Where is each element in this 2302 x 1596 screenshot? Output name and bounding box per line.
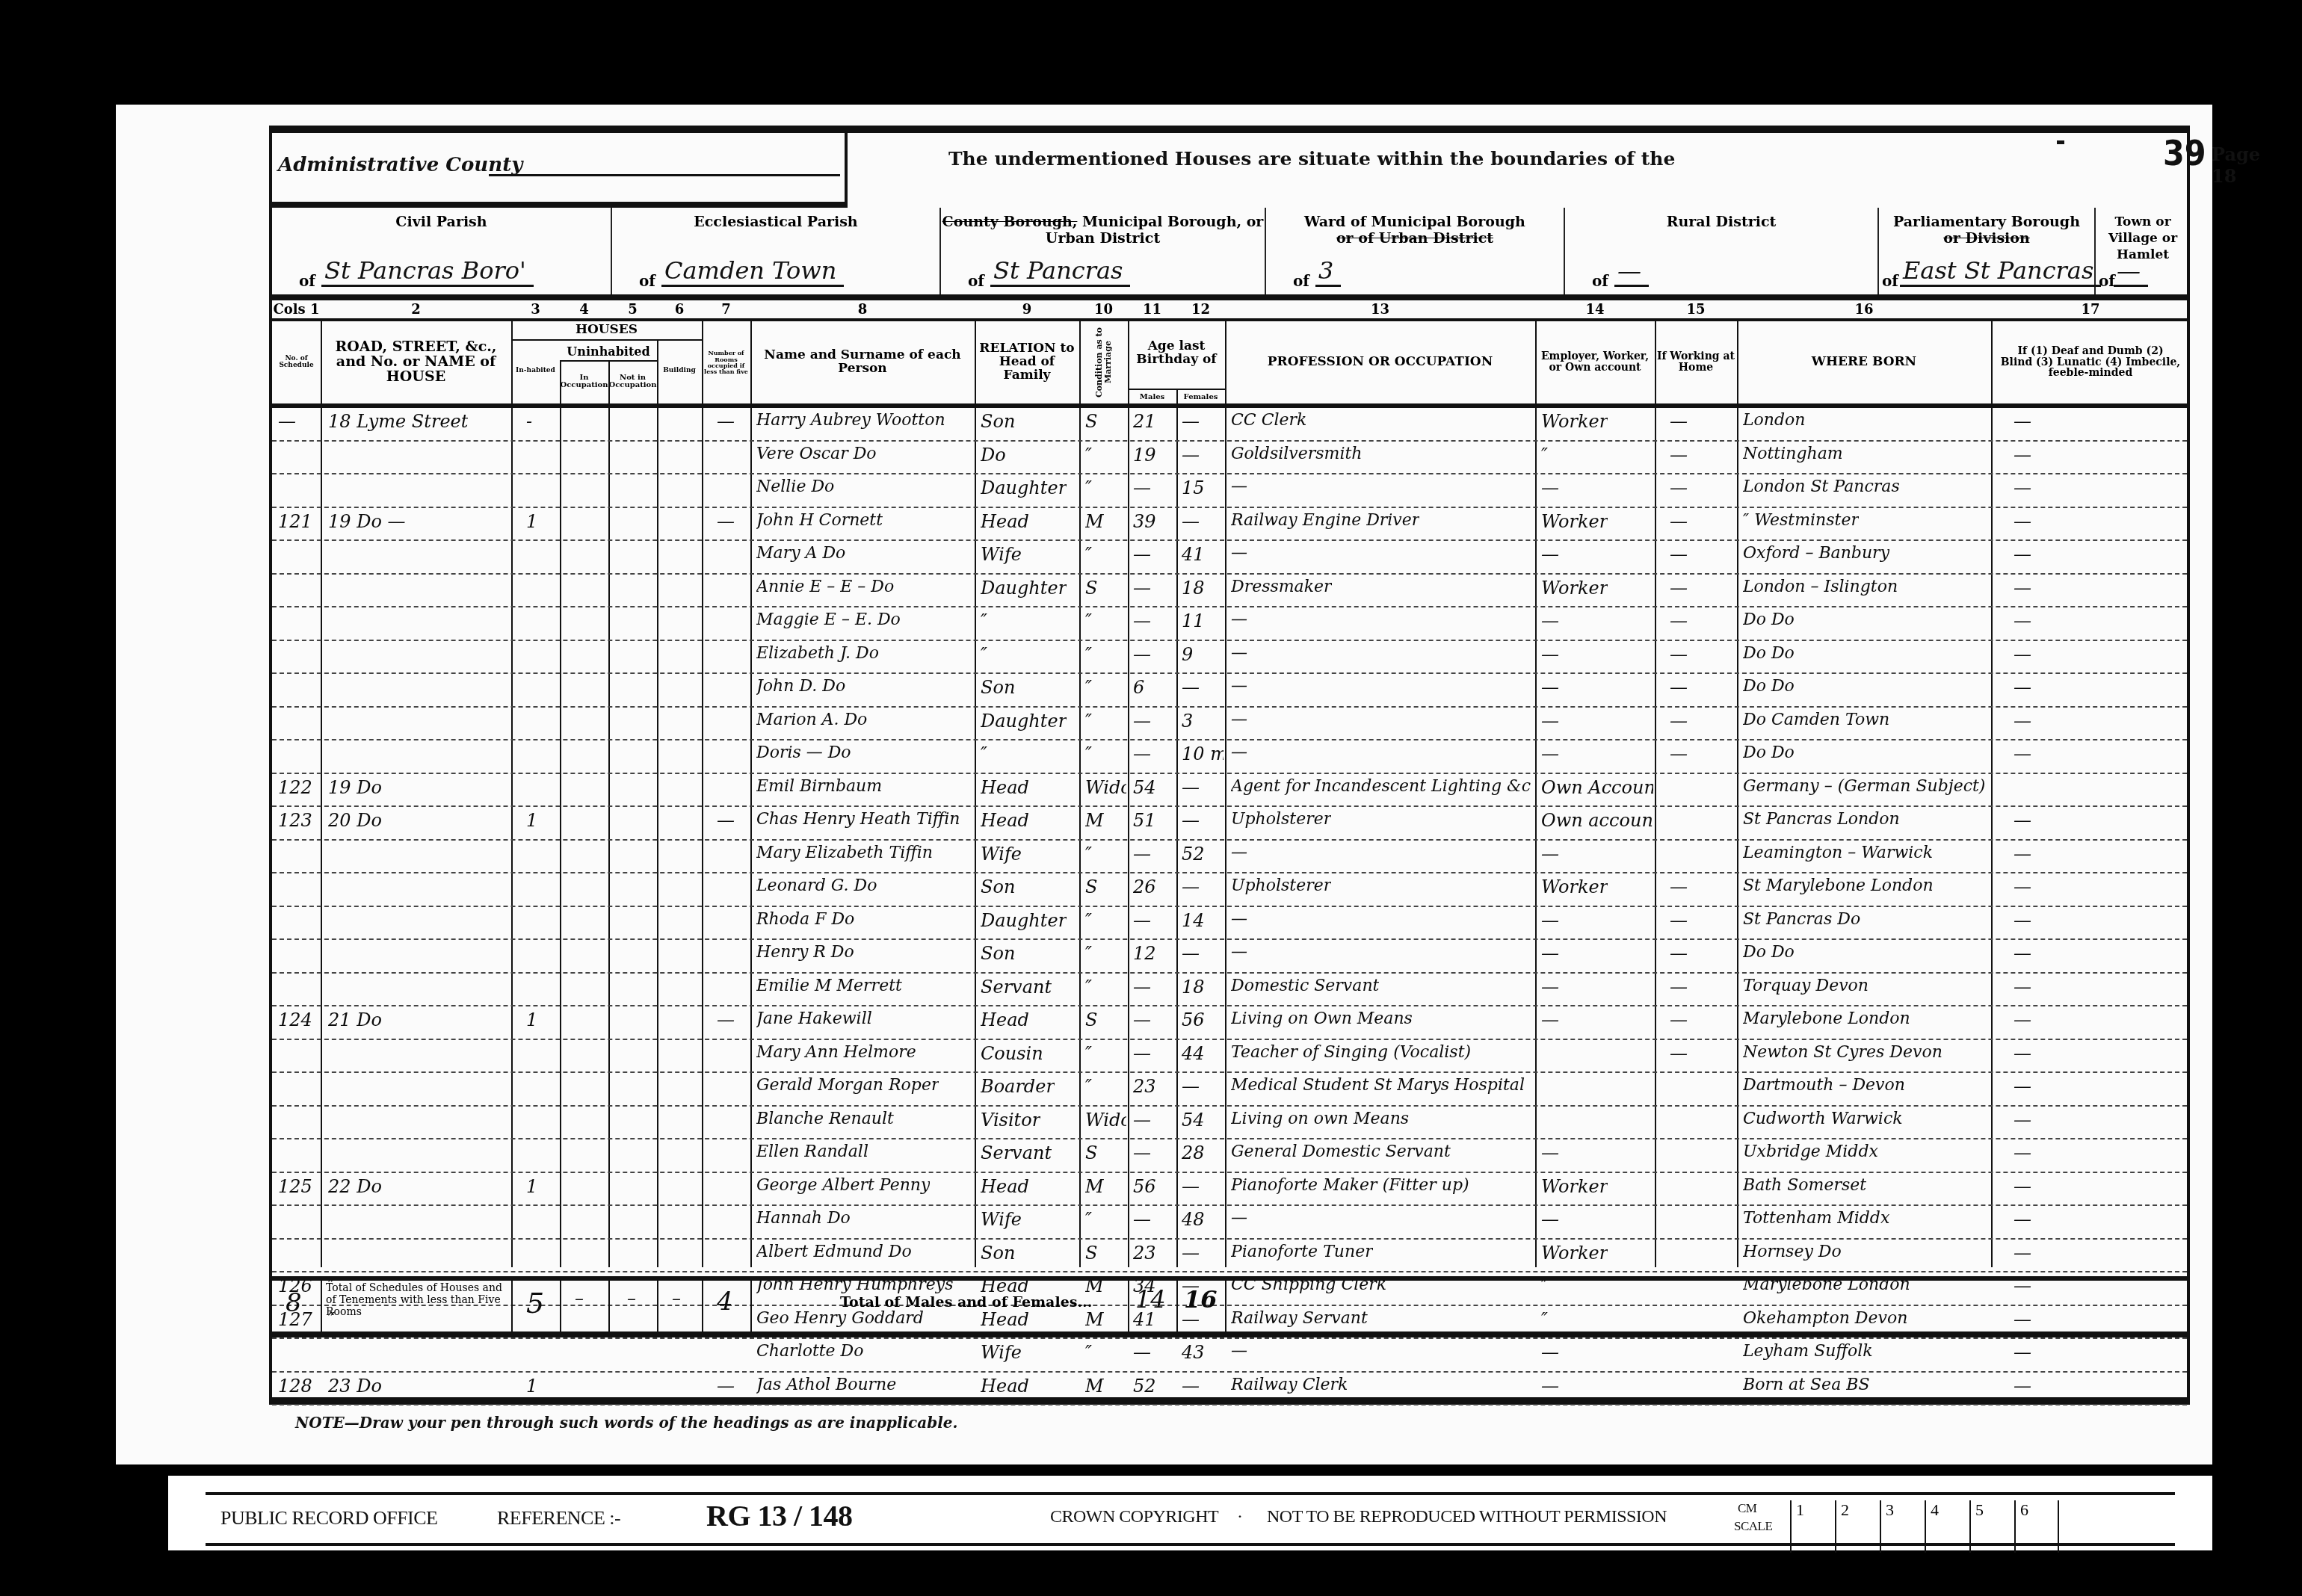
- table-row: Marion A. DoDaughter″—3———Do Camden Town…: [272, 708, 2187, 741]
- person-name: Chas Henry Heath Tiffin: [756, 810, 960, 829]
- birthplace: Newton St Cyres Devon: [1743, 1043, 1942, 1062]
- street-address: 22 Do: [328, 1176, 382, 1197]
- occupation: CC Clerk: [1231, 411, 1306, 430]
- header-uninhabited: Uninhabited: [560, 344, 657, 362]
- infirmity: —: [2014, 477, 2031, 498]
- marital-condition: ″: [1085, 1043, 1092, 1064]
- header-schedule: No. of Schedule: [272, 321, 321, 403]
- infirmity: —: [2014, 411, 2031, 432]
- birthplace: Cudworth Warwick: [1743, 1110, 1903, 1128]
- table-row: Mary A DoWife″—41———Oxford – Banbury—: [272, 541, 2187, 575]
- occupation: Upholsterer: [1231, 810, 1331, 829]
- header-street: ROAD, STREET, &c., and No. or NAME of HO…: [321, 321, 511, 403]
- schedule-number: 122: [278, 777, 312, 798]
- street-address: 18 Lyme Street: [328, 411, 468, 432]
- person-name: Nellie Do: [756, 477, 834, 496]
- marital-condition: ″: [1085, 610, 1092, 631]
- infirmity: —: [2014, 943, 2031, 964]
- total-in-occupation: –: [575, 1288, 584, 1309]
- age-male: 6: [1133, 677, 1144, 698]
- age-female: —: [1182, 1176, 1200, 1197]
- header-name: Name and Surname of each Person: [750, 321, 975, 403]
- footer-permission: NOT TO BE REPRODUCED WITHOUT PERMISSION: [1267, 1507, 1667, 1527]
- person-name: Vere Oscar Do: [756, 445, 877, 463]
- birthplace: St Pancras London: [1743, 810, 1900, 829]
- person-name: Ellen Randall: [756, 1142, 868, 1161]
- marital-condition: S: [1085, 876, 1097, 897]
- age-male: 23: [1133, 1076, 1156, 1097]
- rooms-count: —: [717, 511, 735, 532]
- employment-status: —: [1541, 644, 1559, 665]
- age-male: —: [1133, 1043, 1151, 1064]
- total-building: –: [672, 1288, 681, 1309]
- birthplace: Torquay Devon: [1743, 977, 1869, 995]
- rooms-count: —: [717, 810, 735, 831]
- occupation: Teacher of Singing (Vocalist): [1231, 1043, 1471, 1062]
- schedule-number: 125: [278, 1176, 312, 1197]
- infirmity: —: [2014, 876, 2031, 897]
- working-at-home: —: [1670, 644, 1688, 665]
- marital-condition: ″: [1085, 544, 1092, 565]
- inhabited-count: 1: [526, 511, 537, 532]
- person-name: Rhoda F Do: [756, 910, 854, 929]
- birthplace: Do Do: [1743, 644, 1795, 663]
- age-male: —: [1133, 910, 1151, 931]
- birthplace: St Pancras Do: [1743, 910, 1860, 929]
- header-building: Building: [657, 339, 702, 403]
- area-ecclesiastical-parish: Ecclesiastical Parish of Camden Town: [612, 208, 941, 294]
- occupation: —: [1231, 477, 1247, 496]
- age-female: 52: [1182, 844, 1205, 864]
- employment-status: —: [1541, 910, 1559, 931]
- header-males: Males: [1128, 389, 1176, 405]
- table-row: —18 Lyme Street-—Harry Aubrey WoottonSon…: [272, 408, 2187, 442]
- table-row: Elizabeth J. Do″″—9———Do Do—: [272, 641, 2187, 675]
- total-schedules: 8: [286, 1288, 302, 1318]
- working-at-home: —: [1670, 477, 1688, 498]
- total-schedules-label: Total of Schedules of Houses and of Tene…: [326, 1282, 505, 1318]
- census-form: Administrative County The undermentioned…: [269, 126, 2190, 1405]
- person-name: Marion A. Do: [756, 711, 867, 729]
- dash-mark: [2057, 140, 2064, 144]
- infirmity: —: [2014, 977, 2031, 998]
- person-name: Blanche Renault: [756, 1110, 894, 1128]
- age-female: —: [1182, 943, 1200, 964]
- birthplace: Bath Somerset: [1743, 1176, 1866, 1195]
- infirmity: —: [2014, 1043, 2031, 1064]
- marital-condition: ″: [1085, 910, 1092, 931]
- employment-status: —: [1541, 711, 1559, 731]
- employment-status: —: [1541, 677, 1559, 698]
- employment-status: —: [1541, 477, 1559, 498]
- page-stamp-number: 39: [2163, 133, 2206, 173]
- header-employer: Employer, Worker, or Own account: [1535, 321, 1655, 403]
- header-not-in-occupation: Not in Occupation: [608, 360, 657, 403]
- total-inhabited: 5: [526, 1287, 544, 1320]
- archive-footer: PUBLIC RECORD OFFICE REFERENCE :- RG 13 …: [168, 1476, 2212, 1550]
- totals-row: 8 Total of Schedules of Houses and of Te…: [272, 1267, 2187, 1393]
- occupation: Domestic Servant: [1231, 977, 1379, 995]
- age-female: —: [1182, 876, 1200, 897]
- employment-status: Own Account: [1541, 777, 1653, 798]
- age-male: —: [1133, 644, 1151, 665]
- employment-status: —: [1541, 1142, 1559, 1163]
- age-female: 44: [1182, 1043, 1205, 1064]
- relation: Head: [981, 810, 1029, 831]
- employment-status: —: [1541, 544, 1559, 565]
- table-row: Hannah DoWife″—48——Tottenham Middx—: [272, 1206, 2187, 1240]
- header-relation: RELATION to Head of Family: [975, 321, 1079, 403]
- page-label: Page 18: [2212, 143, 2260, 187]
- footer-copyright: CROWN COPYRIGHT: [1050, 1507, 1218, 1527]
- marital-condition: ″: [1085, 1209, 1092, 1230]
- admin-county-value-line: [489, 174, 840, 176]
- street-address: 21 Do: [328, 1009, 382, 1030]
- age-female: 14: [1182, 910, 1205, 931]
- person-name: John H Cornett: [756, 511, 883, 530]
- marital-condition: M: [1085, 511, 1104, 532]
- schedule-number: —: [278, 411, 296, 432]
- infirmity: —: [2014, 1209, 2031, 1230]
- age-male: —: [1133, 477, 1151, 498]
- total-males: 14: [1135, 1285, 1166, 1314]
- employment-status: ″: [1541, 445, 1548, 466]
- table-row: Nellie DoDaughter″—15———London St Pancra…: [272, 474, 2187, 508]
- infirmity: —: [2014, 910, 2031, 931]
- occupation: Dressmaker: [1231, 578, 1332, 596]
- employment-status: —: [1541, 943, 1559, 964]
- person-name: Hannah Do: [756, 1209, 851, 1228]
- occupation: —: [1231, 743, 1247, 762]
- person-name: Harry Aubrey Wootton: [756, 411, 945, 430]
- marital-condition: S: [1085, 1243, 1097, 1263]
- working-at-home: —: [1670, 910, 1688, 931]
- employment-status: Worker: [1541, 1243, 1608, 1263]
- rooms-count: —: [717, 411, 735, 432]
- relation: Daughter: [981, 578, 1067, 598]
- header-where-born: WHERE BORN: [1737, 321, 1991, 403]
- scale-tick: 4: [1925, 1500, 1969, 1553]
- marital-condition: S: [1085, 578, 1097, 598]
- scale-tick: 2: [1835, 1500, 1880, 1553]
- scale-tick: 3: [1880, 1500, 1925, 1553]
- birthplace: Marylebone London: [1743, 1009, 1910, 1028]
- birthplace: London – Islington: [1743, 578, 1898, 596]
- cm-scale: 1 2 3 4 5 6: [1790, 1500, 2059, 1553]
- age-male: 12: [1133, 943, 1156, 964]
- employment-status: —: [1541, 743, 1559, 764]
- occupation: Railway Engine Driver: [1231, 511, 1419, 530]
- working-at-home: —: [1670, 711, 1688, 731]
- schedule-number: 121: [278, 511, 312, 532]
- employment-status: —: [1541, 844, 1559, 864]
- schedule-number: 123: [278, 810, 312, 831]
- person-name: Mary Elizabeth Tiffin: [756, 844, 933, 862]
- rooms-count: —: [717, 1009, 735, 1030]
- relation: Head: [981, 1009, 1029, 1030]
- relation: Do: [981, 445, 1006, 466]
- relation: Wife: [981, 1209, 1022, 1230]
- occupation: Goldsilversmith: [1231, 445, 1362, 463]
- employment-status: Worker: [1541, 1176, 1608, 1197]
- occupation: Living on own Means: [1231, 1110, 1409, 1128]
- birthplace: Leamington – Warwick: [1743, 844, 1933, 862]
- age-female: 9: [1182, 644, 1193, 665]
- person-name: Annie E – E – Do: [756, 578, 894, 596]
- birthplace: London St Pancras: [1743, 477, 1900, 496]
- relation: Son: [981, 943, 1015, 964]
- age-female: —: [1182, 511, 1200, 532]
- table-row: 12522 Do1George Albert PennyHeadM56—Pian…: [272, 1173, 2187, 1207]
- marital-condition: ″: [1085, 844, 1092, 864]
- table-row: Gerald Morgan RoperBoarder″23—Medical St…: [272, 1073, 2187, 1107]
- table-row: Rhoda F DoDaughter″—14———St Pancras Do—: [272, 907, 2187, 941]
- age-male: —: [1133, 544, 1151, 565]
- footer-office: PUBLIC RECORD OFFICE: [220, 1507, 438, 1529]
- marital-condition: ″: [1085, 743, 1092, 764]
- marital-condition: M: [1085, 1176, 1104, 1197]
- age-female: —: [1182, 1076, 1200, 1097]
- birthplace: Do Do: [1743, 743, 1795, 762]
- scale-tick: 1: [1790, 1500, 1835, 1553]
- age-male: —: [1133, 711, 1151, 731]
- table-row: 12219 DoEmil BirnbaumHeadWidower54—Agent…: [272, 774, 2187, 808]
- table-row: Henry R DoSon″12————Do Do—: [272, 940, 2187, 974]
- marital-condition: ″: [1085, 943, 1092, 964]
- table-row: 12421 Do1—Jane HakewillHeadS—56Living on…: [272, 1006, 2187, 1040]
- age-male: —: [1133, 844, 1151, 864]
- marital-condition: M: [1085, 810, 1104, 831]
- occupation: Pianoforte Maker (Fitter up): [1231, 1176, 1469, 1195]
- infirmity: —: [2014, 445, 2031, 466]
- age-female: —: [1182, 677, 1200, 698]
- occupation: Pianoforte Tuner: [1231, 1243, 1373, 1261]
- age-male: —: [1133, 743, 1151, 764]
- birthplace: Hornsey Do: [1743, 1243, 1842, 1261]
- age-female: —: [1182, 1243, 1200, 1263]
- relation: Head: [981, 511, 1029, 532]
- marital-condition: Widower: [1085, 777, 1126, 798]
- working-at-home: —: [1670, 743, 1688, 764]
- employment-status: Worker: [1541, 511, 1608, 532]
- working-at-home: —: [1670, 610, 1688, 631]
- person-name: Henry R Do: [756, 943, 854, 962]
- person-name: Emil Birnbaum: [756, 777, 882, 796]
- relation: Son: [981, 677, 1015, 698]
- age-female: 54: [1182, 1110, 1205, 1130]
- footer-reference-label: REFERENCE :-: [497, 1507, 620, 1529]
- age-female: 15: [1182, 477, 1205, 498]
- table-row: John D. DoSon″6————Do Do—: [272, 674, 2187, 708]
- scale-tick: 5: [1969, 1500, 2014, 1553]
- infirmity: —: [2014, 810, 2031, 831]
- relation: Servant: [981, 977, 1052, 998]
- employment-status: Worker: [1541, 578, 1608, 598]
- street-address: 19 Do —: [328, 511, 406, 532]
- relation: Boarder: [981, 1076, 1055, 1097]
- occupation: —: [1231, 544, 1247, 563]
- relation: ″: [981, 610, 987, 631]
- person-name: Mary A Do: [756, 544, 845, 563]
- header-houses: HOUSES: [511, 321, 702, 341]
- marital-condition: ″: [1085, 1076, 1092, 1097]
- working-at-home: —: [1670, 544, 1688, 565]
- relation: Visitor: [981, 1110, 1040, 1130]
- footer-separator: ·: [1237, 1507, 1243, 1527]
- marital-condition: ″: [1085, 977, 1092, 998]
- header-females: Females: [1176, 389, 1225, 405]
- age-female: 41: [1182, 544, 1205, 565]
- table-row: Annie E – E – DoDaughterS—18DressmakerWo…: [272, 575, 2187, 608]
- area-parliamentary-borough: Parliamentary Boroughor Division of East…: [1879, 208, 2096, 294]
- occupation: —: [1231, 910, 1247, 929]
- relation: Head: [981, 1176, 1029, 1197]
- age-female: —: [1182, 810, 1200, 831]
- person-name: Leonard G. Do: [756, 876, 877, 895]
- relation: Daughter: [981, 477, 1067, 498]
- header-in-occupation: In Occupation: [560, 360, 608, 403]
- working-at-home: —: [1670, 943, 1688, 964]
- birthplace: Do Do: [1743, 610, 1795, 629]
- age-female: 18: [1182, 977, 1205, 998]
- inhabited-count: 1: [526, 810, 537, 831]
- inhabited-count: -: [526, 411, 532, 432]
- age-male: 51: [1133, 810, 1156, 831]
- person-name: Elizabeth J. Do: [756, 644, 879, 663]
- relation: Head: [981, 777, 1029, 798]
- relation: Son: [981, 1243, 1015, 1263]
- relation: Son: [981, 876, 1015, 897]
- occupation: —: [1231, 644, 1247, 663]
- employment-status: —: [1541, 1209, 1559, 1230]
- header-inhabited: In-habited: [511, 339, 560, 403]
- table-row: Leonard G. DoSonS26—UpholstererWorker—St…: [272, 873, 2187, 907]
- working-at-home: —: [1670, 411, 1688, 432]
- age-male: —: [1133, 610, 1151, 631]
- working-at-home: —: [1670, 876, 1688, 897]
- relation: Servant: [981, 1142, 1052, 1163]
- age-male: —: [1133, 1110, 1151, 1130]
- employment-status: Own account: [1541, 810, 1653, 831]
- boundary-row: Civil Parish of St Pancras Boro' Ecclesi…: [272, 208, 2187, 300]
- table-row: Blanche RenaultVisitorWidow—54Living on …: [272, 1107, 2187, 1140]
- occupation: —: [1231, 844, 1247, 862]
- age-female: 28: [1182, 1142, 1205, 1163]
- working-at-home: —: [1670, 511, 1688, 532]
- person-name: Maggie E – E. Do: [756, 610, 901, 629]
- age-male: —: [1133, 578, 1151, 598]
- column-number-row: Cols 1 2 3 4 5 6 7 8 9 10 11 12 13 14 15…: [272, 300, 2187, 321]
- page-heading: The undermentioned Houses are situate wi…: [948, 148, 1675, 170]
- header-age: Age last Birthday of: [1128, 321, 1225, 386]
- marital-condition: ″: [1085, 644, 1092, 665]
- age-female: —: [1182, 777, 1200, 798]
- occupation: Medical Student St Marys Hospital: [1231, 1076, 1525, 1095]
- birthplace: Nottingham: [1743, 445, 1843, 463]
- birthplace: London: [1743, 411, 1806, 430]
- occupation: Upholsterer: [1231, 876, 1331, 895]
- infirmity: —: [2014, 1110, 2031, 1130]
- age-male: 19: [1133, 445, 1156, 466]
- total-females: 16: [1184, 1285, 1218, 1314]
- relation: Cousin: [981, 1043, 1043, 1064]
- marital-condition: ″: [1085, 477, 1092, 498]
- total-males-females-label: Total of Males and of Females...: [840, 1294, 1092, 1311]
- employment-status: —: [1541, 1009, 1559, 1030]
- occupation: General Domestic Servant: [1231, 1142, 1451, 1161]
- admin-county-label: Administrative County: [278, 154, 522, 176]
- table-row: Emilie M MerrettServant″—18Domestic Serv…: [272, 974, 2187, 1007]
- person-name: Mary Ann Helmore: [756, 1043, 916, 1062]
- area-rural-district: Rural District of —: [1565, 208, 1879, 294]
- form-note: NOTE—Draw your pen through such words of…: [295, 1414, 958, 1432]
- birthplace: Germany – (German Subject): [1743, 777, 1985, 796]
- marital-condition: S: [1085, 411, 1097, 432]
- infirmity: —: [2014, 844, 2031, 864]
- header-infirmity: If (1) Deaf and Dumb (2) Blind (3) Lunat…: [1991, 321, 2190, 403]
- table-row: Vere Oscar DoDo″19—Goldsilversmith″—Nott…: [272, 442, 2187, 475]
- inhabited-count: 1: [526, 1176, 537, 1197]
- age-male: 39: [1133, 511, 1156, 532]
- schedule-number: 124: [278, 1009, 312, 1030]
- column-header-row: No. of Schedule ROAD, STREET, &c., and N…: [272, 321, 2187, 408]
- area-municipal-borough: County Borough, Municipal Borough, or Ur…: [941, 208, 1266, 294]
- age-male: 21: [1133, 411, 1156, 432]
- person-name: Albert Edmund Do: [756, 1243, 912, 1261]
- header-condition: Condition as to Marriage: [1079, 321, 1128, 403]
- working-at-home: —: [1670, 578, 1688, 598]
- birthplace: ″ Westminster: [1743, 511, 1859, 530]
- marital-condition: ″: [1085, 677, 1092, 698]
- occupation: Agent for Incandescent Lighting &c: [1231, 777, 1531, 796]
- age-male: —: [1133, 1209, 1151, 1230]
- age-female: —: [1182, 411, 1200, 432]
- working-at-home: —: [1670, 977, 1688, 998]
- marital-condition: ″: [1085, 445, 1092, 466]
- employment-status: —: [1541, 977, 1559, 998]
- table-row: 12320 Do1—Chas Henry Heath TiffinHeadM51…: [272, 807, 2187, 841]
- infirmity: —: [2014, 1142, 2031, 1163]
- total-not-in-occupation: –: [627, 1288, 636, 1309]
- occupation: Living on Own Means: [1231, 1009, 1413, 1028]
- age-male: 23: [1133, 1243, 1156, 1263]
- age-female: 11: [1182, 610, 1205, 631]
- header-working-at-home: If Working at Home: [1655, 321, 1737, 403]
- occupation: —: [1231, 711, 1247, 729]
- footer-reference: RG 13 / 148: [706, 1498, 853, 1533]
- infirmity: —: [2014, 1176, 2031, 1197]
- marital-condition: S: [1085, 1009, 1097, 1030]
- infirmity: —: [2014, 511, 2031, 532]
- person-name: Emilie M Merrett: [756, 977, 902, 995]
- age-female: —: [1182, 445, 1200, 466]
- age-male: —: [1133, 1009, 1151, 1030]
- age-female: 10 months: [1182, 743, 1223, 764]
- street-address: 20 Do: [328, 810, 382, 831]
- working-at-home: —: [1670, 1009, 1688, 1030]
- relation: ″: [981, 644, 987, 665]
- inhabited-count: 1: [526, 1009, 537, 1030]
- street-address: 19 Do: [328, 777, 382, 798]
- age-male: 26: [1133, 876, 1156, 897]
- age-male: —: [1133, 977, 1151, 998]
- relation: Wife: [981, 844, 1022, 864]
- employment-status: —: [1541, 610, 1559, 631]
- total-rooms: 4: [717, 1287, 733, 1317]
- age-male: —: [1133, 1142, 1151, 1163]
- occupation: —: [1231, 1209, 1247, 1228]
- scale-tick: 6: [2014, 1500, 2059, 1553]
